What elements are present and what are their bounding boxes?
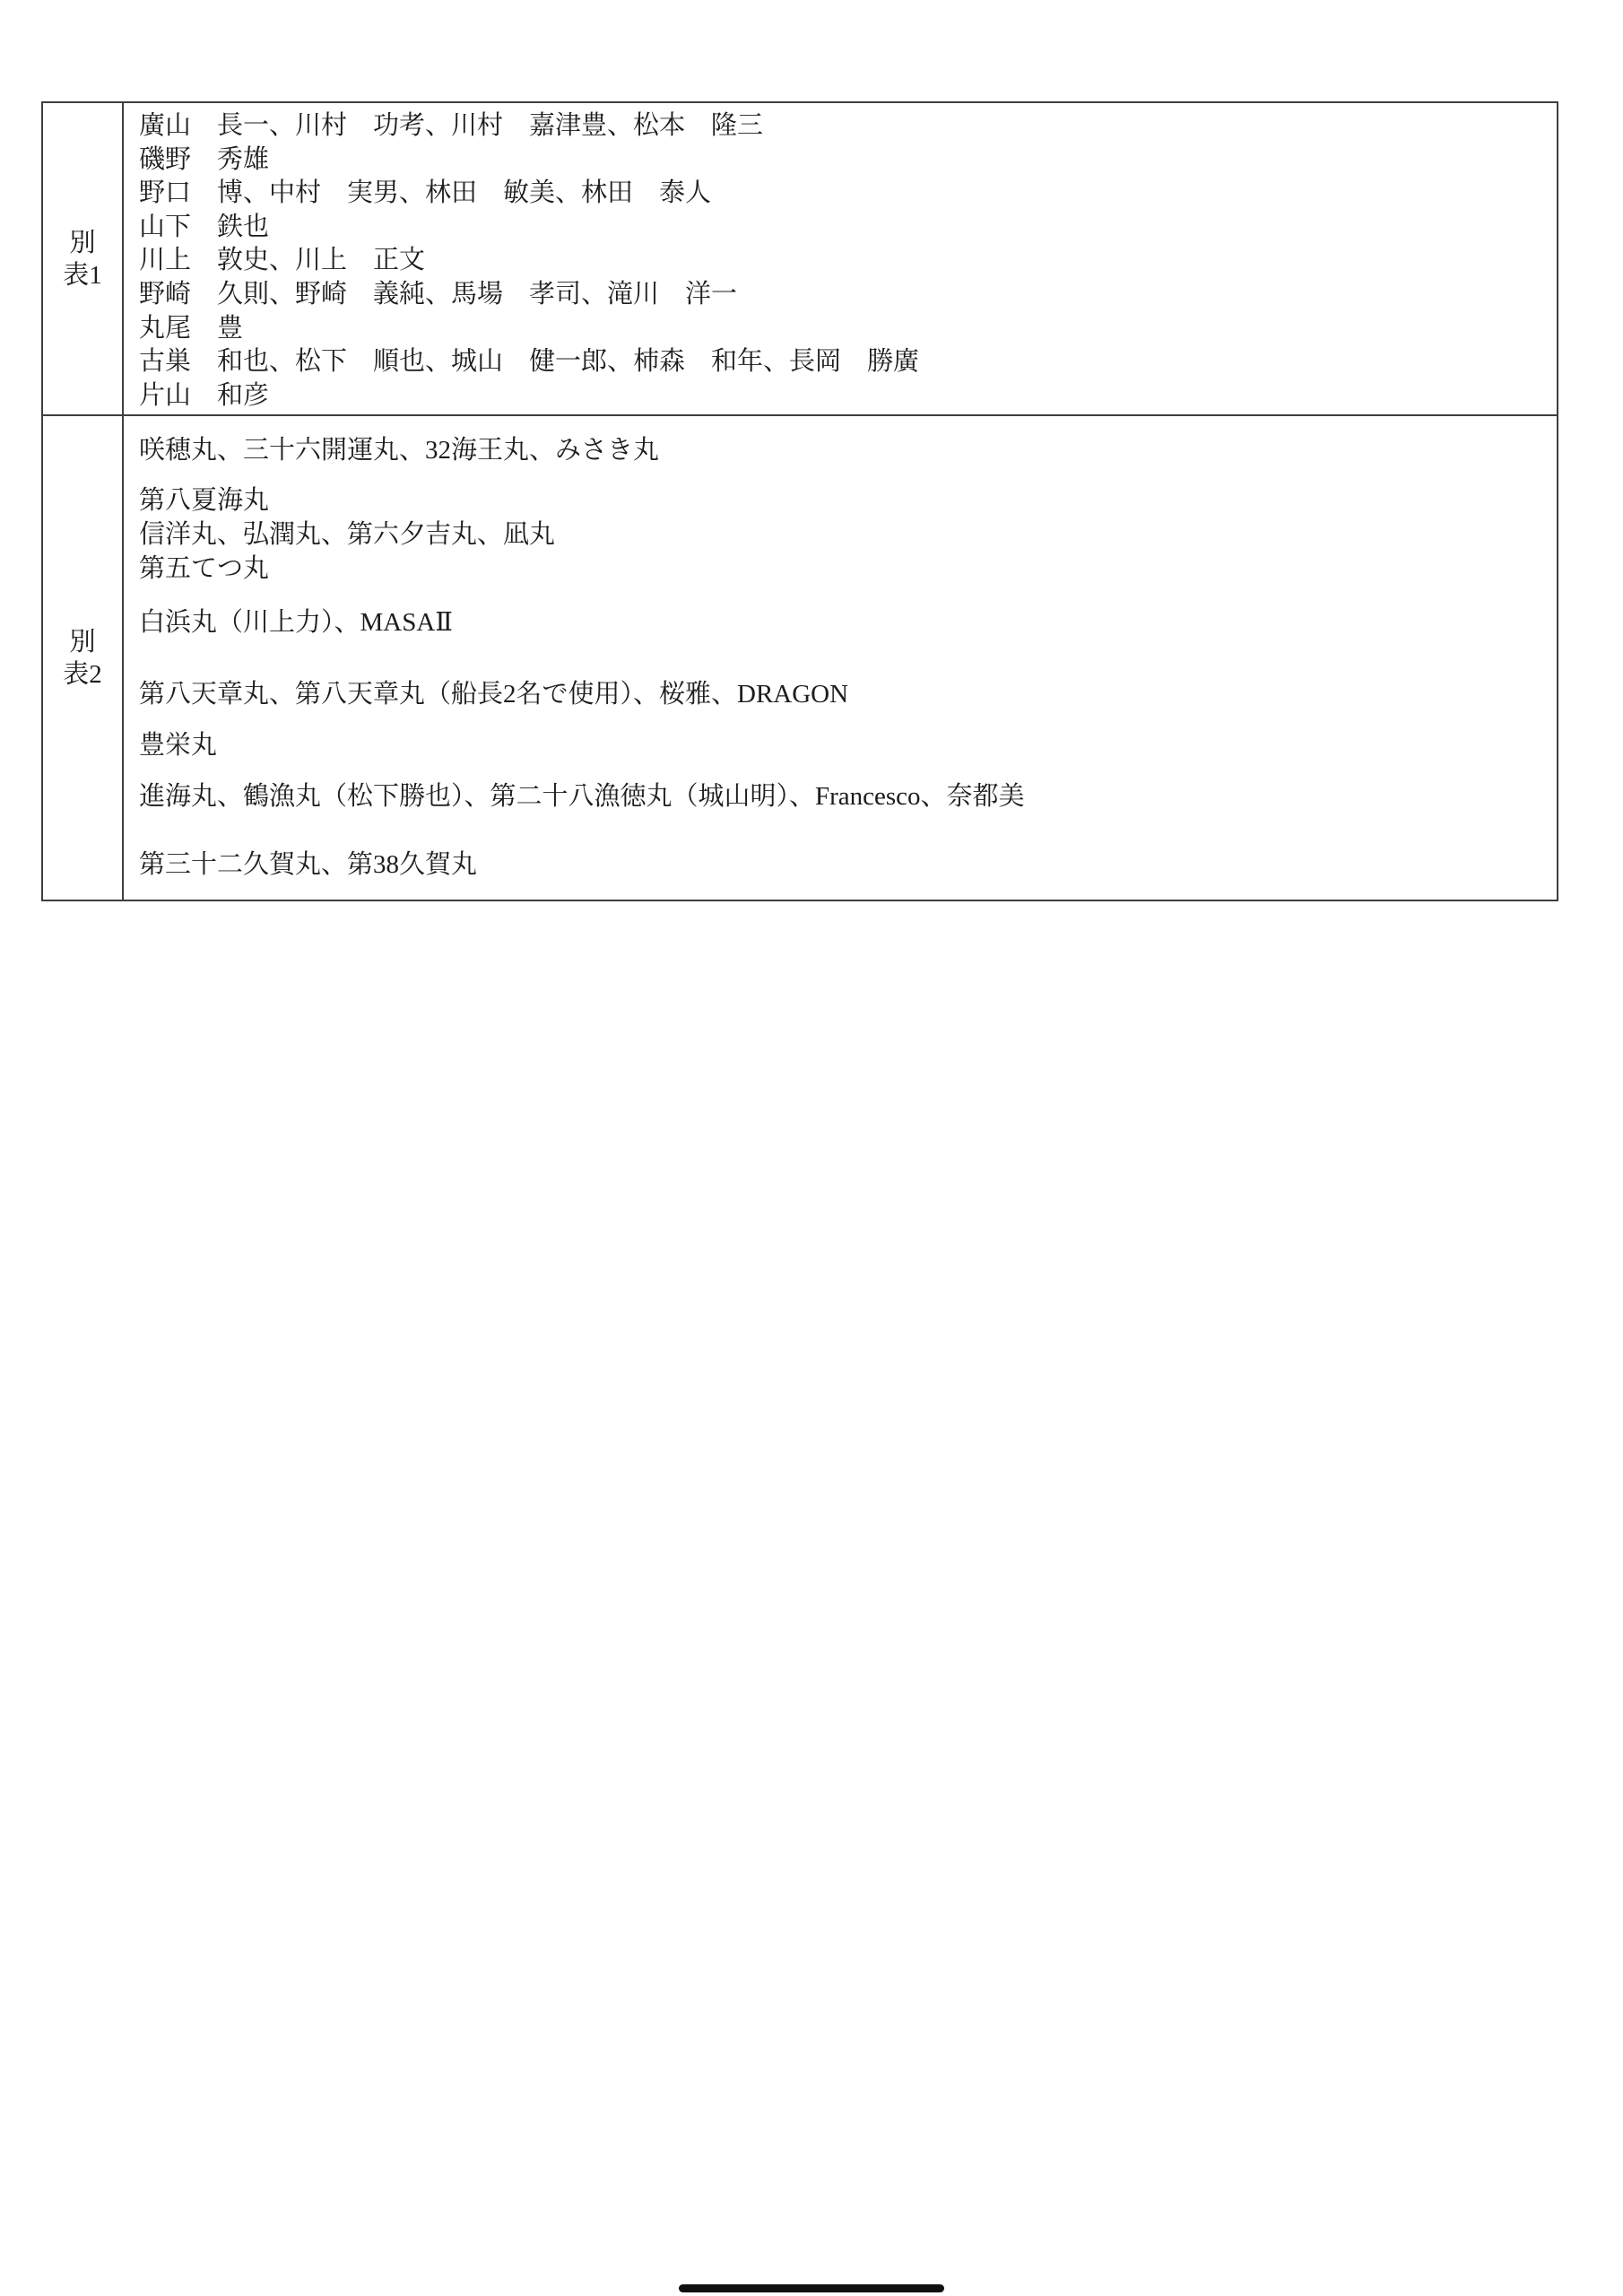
vessel-group: 豊栄丸: [139, 728, 1544, 762]
vessel-group: 進海丸、鶴漁丸（松下勝也）、第二十八漁徳丸（城山明）、Francesco、奈都美: [139, 779, 1544, 813]
vessel-group: 第三十二久賀丸、第38久賀丸: [139, 848, 1544, 882]
row-label-line: 表1: [63, 259, 102, 291]
vessel-names-line: 第五てつ丸: [139, 552, 1544, 586]
person-names-line: 山下 鉄也: [139, 211, 1544, 245]
person-names-line: 丸尾 豊: [139, 312, 1544, 346]
vessel-names-line: 第八天章丸、第八天章丸（船長2名で使用）、桜雅、DRAGON: [139, 677, 1544, 711]
person-names-line: 片山 和彦: [139, 379, 1544, 413]
document-page: { "table": { "rows": [ { "label": "別表1",…: [0, 0, 1623, 2296]
vessel-names-line: 第三十二久賀丸、第38久賀丸: [139, 848, 1544, 882]
names-cell: 廣山 長一、川村 功考、川村 嘉津豊、松本 隆三 磯野 秀雄 野口 博、中村 実…: [124, 103, 1557, 414]
person-names-line: 古巣 和也、松下 順也、城山 健一郎、柿森 和年、長岡 勝廣: [139, 345, 1544, 379]
row-label-beppyo2: 別 表2: [43, 416, 124, 900]
row-label-beppyo1: 別 表1: [43, 103, 124, 414]
vessel-names-line: 豊栄丸: [139, 728, 1544, 762]
row-label-line: 別: [69, 626, 95, 658]
person-names-line: 廣山 長一、川村 功考、川村 嘉津豊、松本 隆三: [139, 109, 1544, 143]
table-row-beppyo2: 別 表2 咲穂丸、三十六開運丸、32海王丸、みさき丸 第八夏海丸 信洋丸、弘潤丸…: [43, 414, 1557, 900]
vessel-names-line: 咲穂丸、三十六開運丸、32海王丸、みさき丸: [139, 433, 1544, 467]
person-names-line: 野崎 久則、野崎 義純、馬場 孝司、滝川 洋一: [139, 278, 1544, 312]
table-row-beppyo1: 別 表1 廣山 長一、川村 功考、川村 嘉津豊、松本 隆三 磯野 秀雄 野口 博…: [43, 103, 1557, 414]
vessel-names-line: 第八夏海丸: [139, 483, 1544, 517]
appendix-table: 別 表1 廣山 長一、川村 功考、川村 嘉津豊、松本 隆三 磯野 秀雄 野口 博…: [41, 101, 1558, 901]
vessels-cell: 咲穂丸、三十六開運丸、32海王丸、みさき丸 第八夏海丸 信洋丸、弘潤丸、第六夕吉…: [124, 416, 1557, 900]
vessel-group: 第八夏海丸 信洋丸、弘潤丸、第六夕吉丸、凪丸 第五てつ丸: [139, 483, 1544, 586]
row-label-line: 表2: [63, 658, 102, 691]
vessel-names-line: 進海丸、鶴漁丸（松下勝也）、第二十八漁徳丸（城山明）、Francesco、奈都美: [139, 779, 1544, 813]
vessel-names-line: 白浜丸（川上力）、MASAⅡ: [139, 605, 1544, 639]
row-label-line: 別: [69, 227, 95, 259]
vessel-group: 第八天章丸、第八天章丸（船長2名で使用）、桜雅、DRAGON: [139, 677, 1544, 711]
person-names-line: 川上 敦史、川上 正文: [139, 244, 1544, 278]
vessel-group: 咲穂丸、三十六開運丸、32海王丸、みさき丸: [139, 433, 1544, 467]
person-names-line: 磯野 秀雄: [139, 143, 1544, 178]
vessel-names-line: 信洋丸、弘潤丸、第六夕吉丸、凪丸: [139, 517, 1544, 552]
home-indicator-bar: [679, 2284, 944, 2292]
vessel-group: 白浜丸（川上力）、MASAⅡ: [139, 605, 1544, 639]
person-names-line: 野口 博、中村 実男、林田 敏美、林田 泰人: [139, 177, 1544, 211]
